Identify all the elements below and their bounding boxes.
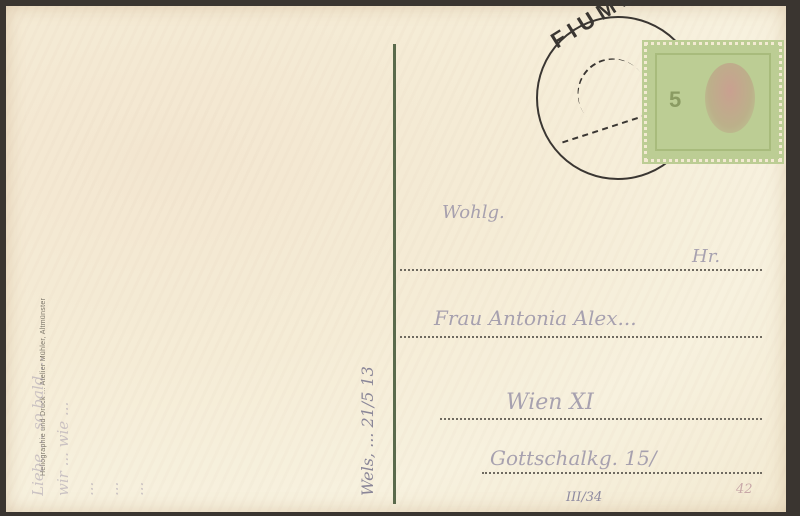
address-note: III/34 — [566, 490, 602, 505]
handwritten-message: Liebe ... so bald ... wir ... wie ... ..… — [26, 26, 151, 496]
address-street: Gottschalkg. 15/ — [490, 446, 657, 470]
stamp-denomination: 5 — [669, 87, 681, 113]
address-name: Frau Antonia Alex... — [434, 306, 637, 330]
message-line: ... — [101, 26, 126, 496]
center-divider — [393, 44, 396, 504]
address-salutation: Wohlg. — [442, 202, 505, 223]
postage-stamp: 5 — [644, 42, 782, 162]
address-line-3 — [440, 418, 762, 420]
address-line-1 — [400, 269, 762, 271]
date-line: Wels, ... 21/5 13 — [358, 366, 377, 496]
address-mark: Hr. — [692, 246, 720, 267]
message-line: wir ... wie ... — [51, 26, 76, 496]
address-line-2 — [400, 336, 762, 338]
corner-mark: 42 — [736, 482, 753, 497]
address-city: Wien XI — [506, 390, 594, 415]
stamp-portrait — [705, 63, 755, 133]
message-line: ... — [76, 26, 101, 496]
postcard: Heliographie und Druck ... Atelier Mühle… — [6, 6, 786, 512]
message-line: ... — [126, 26, 151, 496]
postmark-town: FIUME — [546, 0, 643, 54]
address-line-4 — [482, 472, 762, 474]
message-line: Liebe ... so bald ... — [26, 26, 51, 496]
